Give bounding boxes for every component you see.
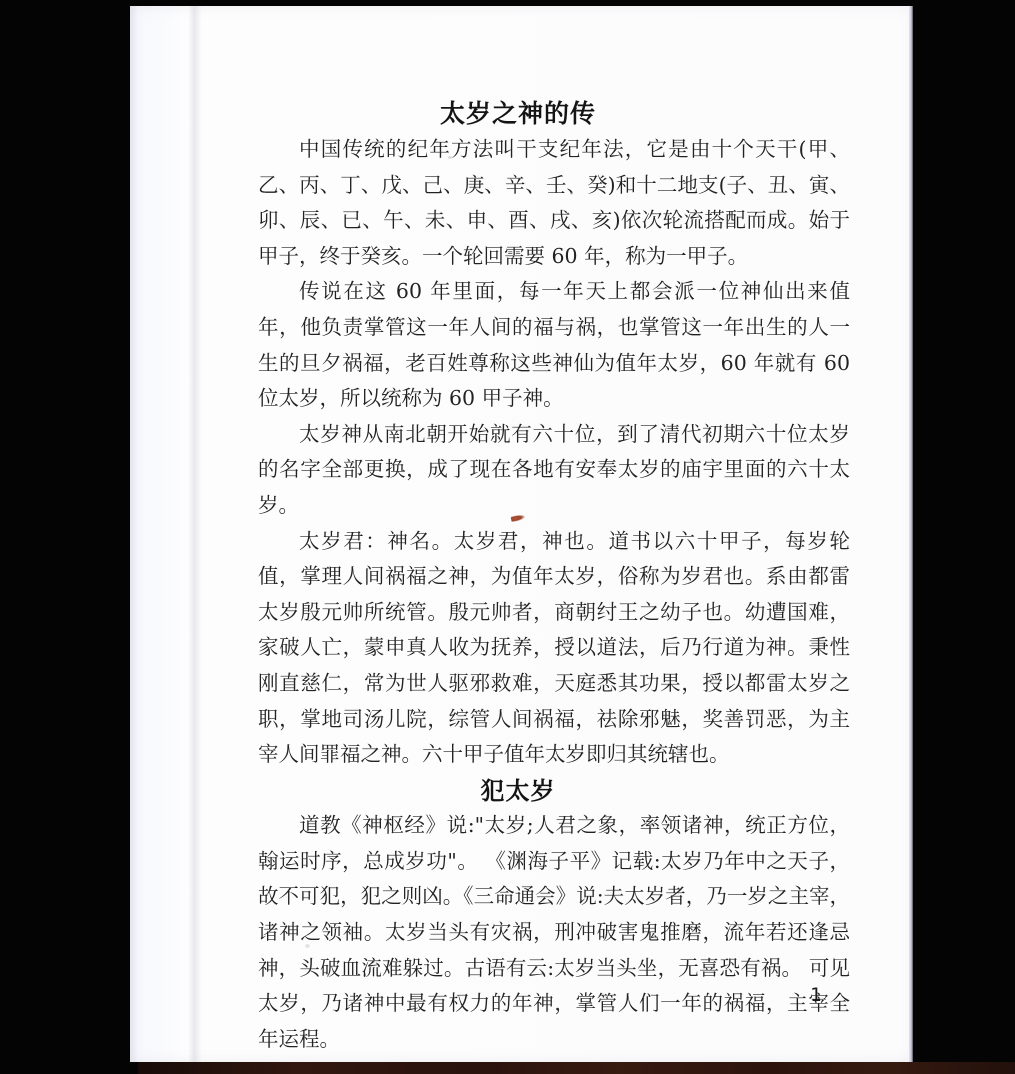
paragraph-60-immortals: 传说在这 60 年里面，每一年天上都会派一位神仙出来值年，他负责掌管这一年人间的… bbox=[258, 274, 850, 416]
scan-speck bbox=[570, 192, 573, 195]
paragraph-ganzhi-intro: 中国传统的纪年方法叫干支纪年法，它是由十个天干(甲、乙、丙、丁、戊、己、庚、辛、… bbox=[258, 132, 850, 274]
page-number: 1 bbox=[810, 984, 821, 1006]
paragraph-fan-taisui: 道教《神枢经》说:"太岁;人君之象，率领诸神，统正方位，翰运时序，总成岁功"。 … bbox=[258, 808, 850, 1057]
scan-speck bbox=[305, 944, 310, 948]
book-page: 太岁之神的传 中国传统的纪年方法叫干支纪年法，它是由十个天干(甲、乙、丙、丁、戊… bbox=[130, 6, 913, 1062]
page-content: 太岁之神的传 中国传统的纪年方法叫干支纪年法，它是由十个天干(甲、乙、丙、丁、戊… bbox=[258, 96, 850, 1057]
paragraph-history: 太岁神从南北朝开始就有六十位，到了清代初期六十位太岁的名字全部更换，成了现在各地… bbox=[258, 417, 850, 524]
scan-speck bbox=[448, 156, 452, 159]
scan-bottom-shadow-bar bbox=[138, 1062, 1015, 1074]
scan-speck bbox=[643, 258, 647, 261]
scanned-book-photo: 太岁之神的传 中国传统的纪年方法叫干支纪年法，它是由十个天干(甲、乙、丙、丁、戊… bbox=[0, 0, 1015, 1074]
section-heading-fan-taisui: 犯太岁 bbox=[222, 773, 814, 809]
page-right-edge bbox=[909, 6, 913, 1062]
page-title: 太岁之神的传 bbox=[222, 96, 814, 132]
paragraph-taisuijun: 太岁君：神名。太岁君，神也。道书以六十甲子，每岁轮值，掌理人间祸福之神，为值年太… bbox=[258, 524, 850, 773]
page-crease-line bbox=[194, 6, 197, 1062]
